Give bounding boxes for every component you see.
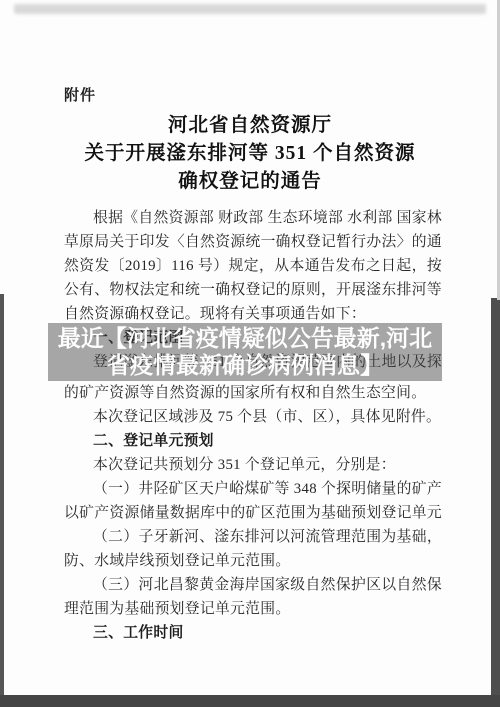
doc-line: （一）井陉矿区天户峪煤矿等 348 个探明储量的矿产资源， [64,477,442,501]
doc-line: 本次登记共预划分 351 个登记单元，分别是： [64,453,442,477]
doc-line: 公有、物权法定和统一确权登记的原则，开展滏东排河等 351 个 [64,278,442,302]
scan-border-left [0,294,4,707]
document-title: 河北省自然资源厅 关于开展滏东排河等 351 个自然资源 确权登记的通告 [0,112,500,196]
doc-line: 草原局关于印发〈自然资源统一确权登记暂行办法〉的通知》（自 [64,230,442,254]
scan-border-right [491,298,500,707]
doc-line: 二、登记单元预划 [64,429,442,453]
scanned-document-page: 附件 河北省自然资源厅 关于开展滏东排河等 351 个自然资源 确权登记的通告 … [0,0,500,707]
doc-line: 理范围为基础预划登记单元范围。 [64,597,442,621]
overlay-banner-line-1: 最近【河北省疫情疑似公告最新,河北 [58,325,432,352]
scan-border-bottom [0,695,500,707]
doc-line: 本次登记区域涉及 75 个县（市、区），具体见附件。 [64,405,442,429]
scan-artifact-top-smudge [14,4,486,14]
document-title-line-1: 河北省自然资源厅 [0,112,500,140]
doc-line: 防、水域岸线预划登记单元范围。 [64,549,442,573]
attachment-label: 附件 [64,84,96,105]
overlay-banner: 最近【河北省疫情疑似公告最新,河北 省疫情最新确诊病例消息】 [48,323,442,381]
doc-line: 的矿产资源等自然资源的国家所有权和自然生态空间。 [64,381,442,405]
doc-line: （三）河北昌黎黄金海岸国家级自然保护区以自然保护区管 [64,573,442,597]
doc-line: 根据《自然资源部 财政部 生态环境部 水利部 国家林业和 [64,206,442,230]
doc-line: 然资发〔2019〕116 号）规定，从本通告发布之日起，按照资源 [64,254,442,278]
document-title-line-2: 关于开展滏东排河等 351 个自然资源 [0,140,500,168]
overlay-banner-line-2: 省疫情最新确诊病例消息】 [107,352,383,379]
doc-line: 三、工作时间 [64,621,442,645]
doc-line: 以矿产资源储量数据库中的矿区范围为基础预划登记单元范围。 [64,501,442,525]
document-body: 根据《自然资源部 财政部 生态环境部 水利部 国家林业和草原局关于印发〈自然资源… [64,206,442,645]
document-title-line-3: 确权登记的通告 [0,168,500,196]
doc-line: （二）子牙新河、滏东排河以河流管理范围为基础，结合堤 [64,525,442,549]
